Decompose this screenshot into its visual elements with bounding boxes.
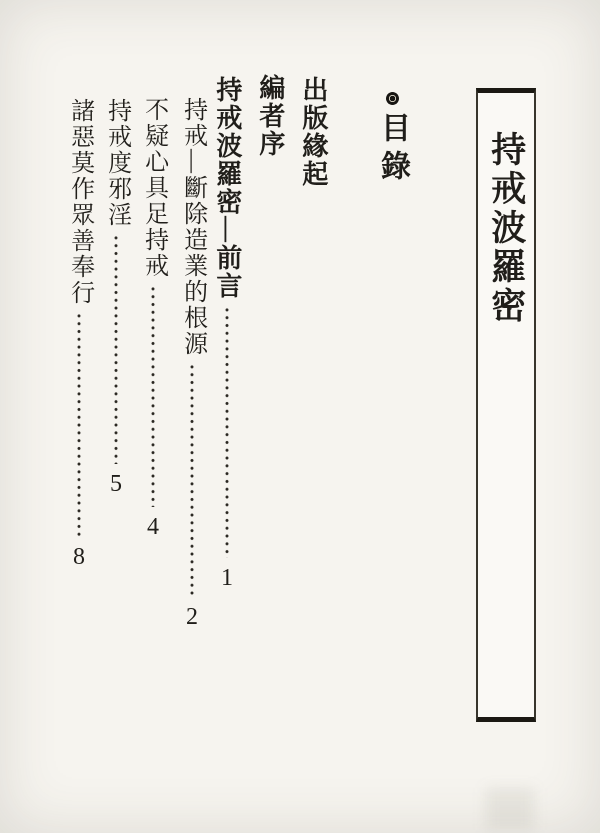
toc-entry-label: 諸惡莫作眾善奉行: [63, 98, 94, 306]
toc-entry-foreword: 持戒波羅密—前言 1: [210, 76, 244, 594]
toc-page: 持戒波羅密 目錄 出版緣起 編者序 持戒波羅密—前言 1 持戒—斷除造業的根源 …: [0, 0, 600, 833]
page-number: 2: [186, 602, 198, 633]
page-number: 4: [147, 512, 159, 543]
toc-entry-publication-origin: 出版緣起: [296, 76, 330, 188]
dot-leader: [77, 312, 81, 537]
toc-entry-label: 編者序: [253, 74, 287, 158]
toc-entry-precepts-against-misconduct: 持戒度邪淫 5: [99, 98, 133, 500]
bullseye-icon: [386, 92, 399, 105]
toc-entry-label: 持戒度邪淫: [100, 98, 131, 228]
toc-entry-label: 出版緣起: [296, 76, 330, 188]
toc-entry-label: 不疑心具足持戒: [137, 97, 168, 279]
dot-leader: [151, 285, 155, 507]
dot-leader: [190, 363, 194, 597]
toc-entry-cutting-karma-root: 持戒—斷除造業的根源 2: [175, 97, 209, 633]
scan-smudge: [486, 788, 534, 830]
toc-entry-label: 持戒—斷除造業的根源: [176, 97, 207, 357]
toc-entry-editors-preface: 編者序: [253, 74, 287, 158]
page-number: 8: [73, 542, 85, 573]
toc-entry-do-no-evil-do-all-good: 諸惡莫作眾善奉行 8: [62, 98, 96, 573]
dot-leader: [114, 234, 118, 464]
toc-heading-label: 目錄: [374, 112, 410, 188]
toc-heading: 目錄: [374, 92, 410, 188]
page-number: 5: [110, 469, 122, 500]
book-title: 持戒波羅密: [483, 93, 529, 717]
page-number: 1: [221, 563, 233, 594]
dot-leader: [225, 306, 229, 558]
toc-entry-label: 持戒波羅密—前言: [210, 76, 244, 300]
toc-entry-no-doubt-keeping-precepts: 不疑心具足持戒 4: [136, 97, 170, 543]
book-title-box: 持戒波羅密: [476, 88, 536, 722]
